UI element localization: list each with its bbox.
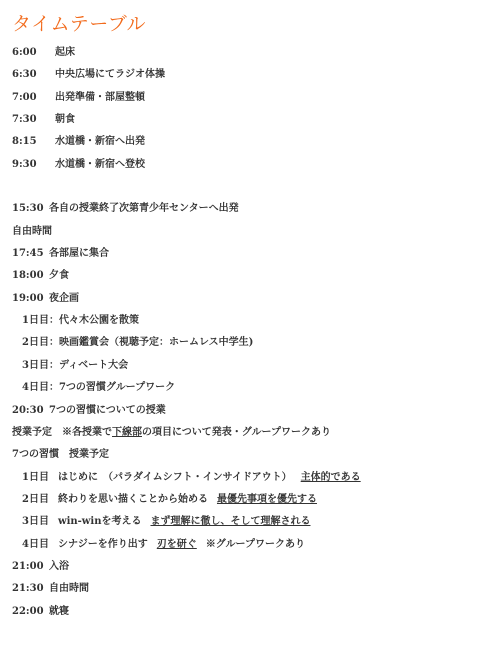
night-day-row: 3日目：ディベート大会 [12,358,361,380]
day-label: 4日目 [22,537,49,559]
note-prefix: 授業予定 ※各授業で [12,425,112,447]
habit-row: 1日目はじめに （パラダイムシフト・インサイドアウト）主体的である [12,470,361,492]
schedule-row: 6:30中央広場にてラジオ体操 [12,67,361,89]
schedule-row: 17:45各部屋に集合 [12,246,361,268]
schedule-row: 8:15水道橋・新宿へ出発 [12,134,361,156]
schedule-row: 9:30水道橋・新宿へ登校 [12,157,361,179]
time: 20:30 [12,403,49,425]
separator: ： [49,313,59,335]
task: 水道橋・新宿へ登校 [55,157,145,179]
day-activity: 代々木公園を散策 [59,313,139,335]
night-day-row: 1日目：代々木公園を散策 [12,313,361,335]
note-suffix: の項目について発表・グループワークあり [142,425,331,447]
task: 各部屋に集合 [49,246,109,268]
spacer [12,179,361,201]
habit-text: シナジーを作り出す [58,537,148,559]
time: 22:00 [12,604,49,626]
task: 中央広場にてラジオ体操 [55,67,165,89]
time: 21:30 [12,581,49,603]
schedule-row: 18:00夕食 [12,268,361,290]
separator: ： [49,358,59,380]
day-label: 3日目 [22,358,49,380]
time: 7:00 [12,90,55,112]
task: 各自の授業終了次第青少年センターへ出発 [49,201,239,223]
separator: ： [49,335,59,357]
habit-keyword: 刃を研ぐ [157,537,197,559]
lecture-note: 授業予定 ※各授業で下線部の項目について発表・グループワークあり [12,425,361,447]
habits-header: 7つの習慣 授業予定 [12,447,361,469]
time: 15:30 [12,201,49,223]
day-label: 1日目 [22,470,49,492]
day-label: 2日目 [22,335,49,357]
separator: ： [49,380,59,402]
time: 8:15 [12,134,55,156]
habit-text: win-winを考える [58,514,142,536]
habit-note: ※グループワークあり [206,537,305,559]
habit-text: 終わりを思い描くことから始める [58,492,208,514]
schedule-row: 21:30自由時間 [12,581,361,603]
task: 出発準備・部屋整頓 [55,90,145,112]
habit-keyword: 最優先事項を優先する [217,492,317,514]
habit-row: 2日目終わりを思い描くことから始める最優先事項を優先する [12,492,361,514]
task: 自由時間 [49,581,89,603]
time: 18:00 [12,268,49,290]
day-label: 2日目 [22,492,49,514]
free-time-row: 自由時間 [12,224,361,246]
day-label: 3日目 [22,514,49,536]
task: 夕食 [49,268,69,290]
day-activity: ディベート大会 [59,358,128,380]
day-activity: 7つの習慣グループワーク [59,380,175,402]
task: 7つの習慣についての授業 [49,403,166,425]
time: 9:30 [12,157,55,179]
task: 自由時間 [12,224,52,246]
habits-heading: 7つの習慣 授業予定 [12,447,109,469]
habit-text: はじめに （パラダイムシフト・インサイドアウト） [58,470,292,492]
task: 夜企画 [49,291,79,313]
task: 入浴 [49,559,69,581]
page-title: タイムテーブル [12,9,146,36]
time: 21:00 [12,559,49,581]
schedule-row: 22:00就寝 [12,604,361,626]
timetable: 6:00起床 6:30中央広場にてラジオ体操 7:00出発準備・部屋整頓 7:3… [12,45,361,626]
task: 起床 [55,45,75,67]
underlined-keyword: 下線部 [112,425,142,447]
schedule-row: 15:30各自の授業終了次第青少年センターへ出発 [12,201,361,223]
day-activity: 映画鑑賞会（視聴予定：ホームレス中学生) [59,335,253,357]
task: 水道橋・新宿へ出発 [55,134,145,156]
schedule-row: 7:00出発準備・部屋整頓 [12,90,361,112]
time: 19:00 [12,291,49,313]
schedule-row: 20:307つの習慣についての授業 [12,403,361,425]
time: 7:30 [12,112,55,134]
night-day-row: 4日目：7つの習慣グループワーク [12,380,361,402]
task: 朝食 [55,112,75,134]
habit-row: 4日目シナジーを作り出す刃を研ぐ※グループワークあり [12,537,361,559]
schedule-row: 21:00入浴 [12,559,361,581]
schedule-row: 7:30朝食 [12,112,361,134]
night-day-row: 2日目：映画鑑賞会（視聴予定：ホームレス中学生) [12,335,361,357]
time: 6:30 [12,67,55,89]
time: 6:00 [12,45,55,67]
day-label: 4日目 [22,380,49,402]
task: 就寝 [49,604,69,626]
day-label: 1日目 [22,313,49,335]
schedule-row: 19:00夜企画 [12,291,361,313]
habit-row: 3日目win-winを考えるまず理解に徹し、そして理解される [12,514,361,536]
habit-keyword: 主体的である [301,470,361,492]
schedule-row: 6:00起床 [12,45,361,67]
habit-keyword: まず理解に徹し、そして理解される [150,514,310,536]
time: 17:45 [12,246,49,268]
